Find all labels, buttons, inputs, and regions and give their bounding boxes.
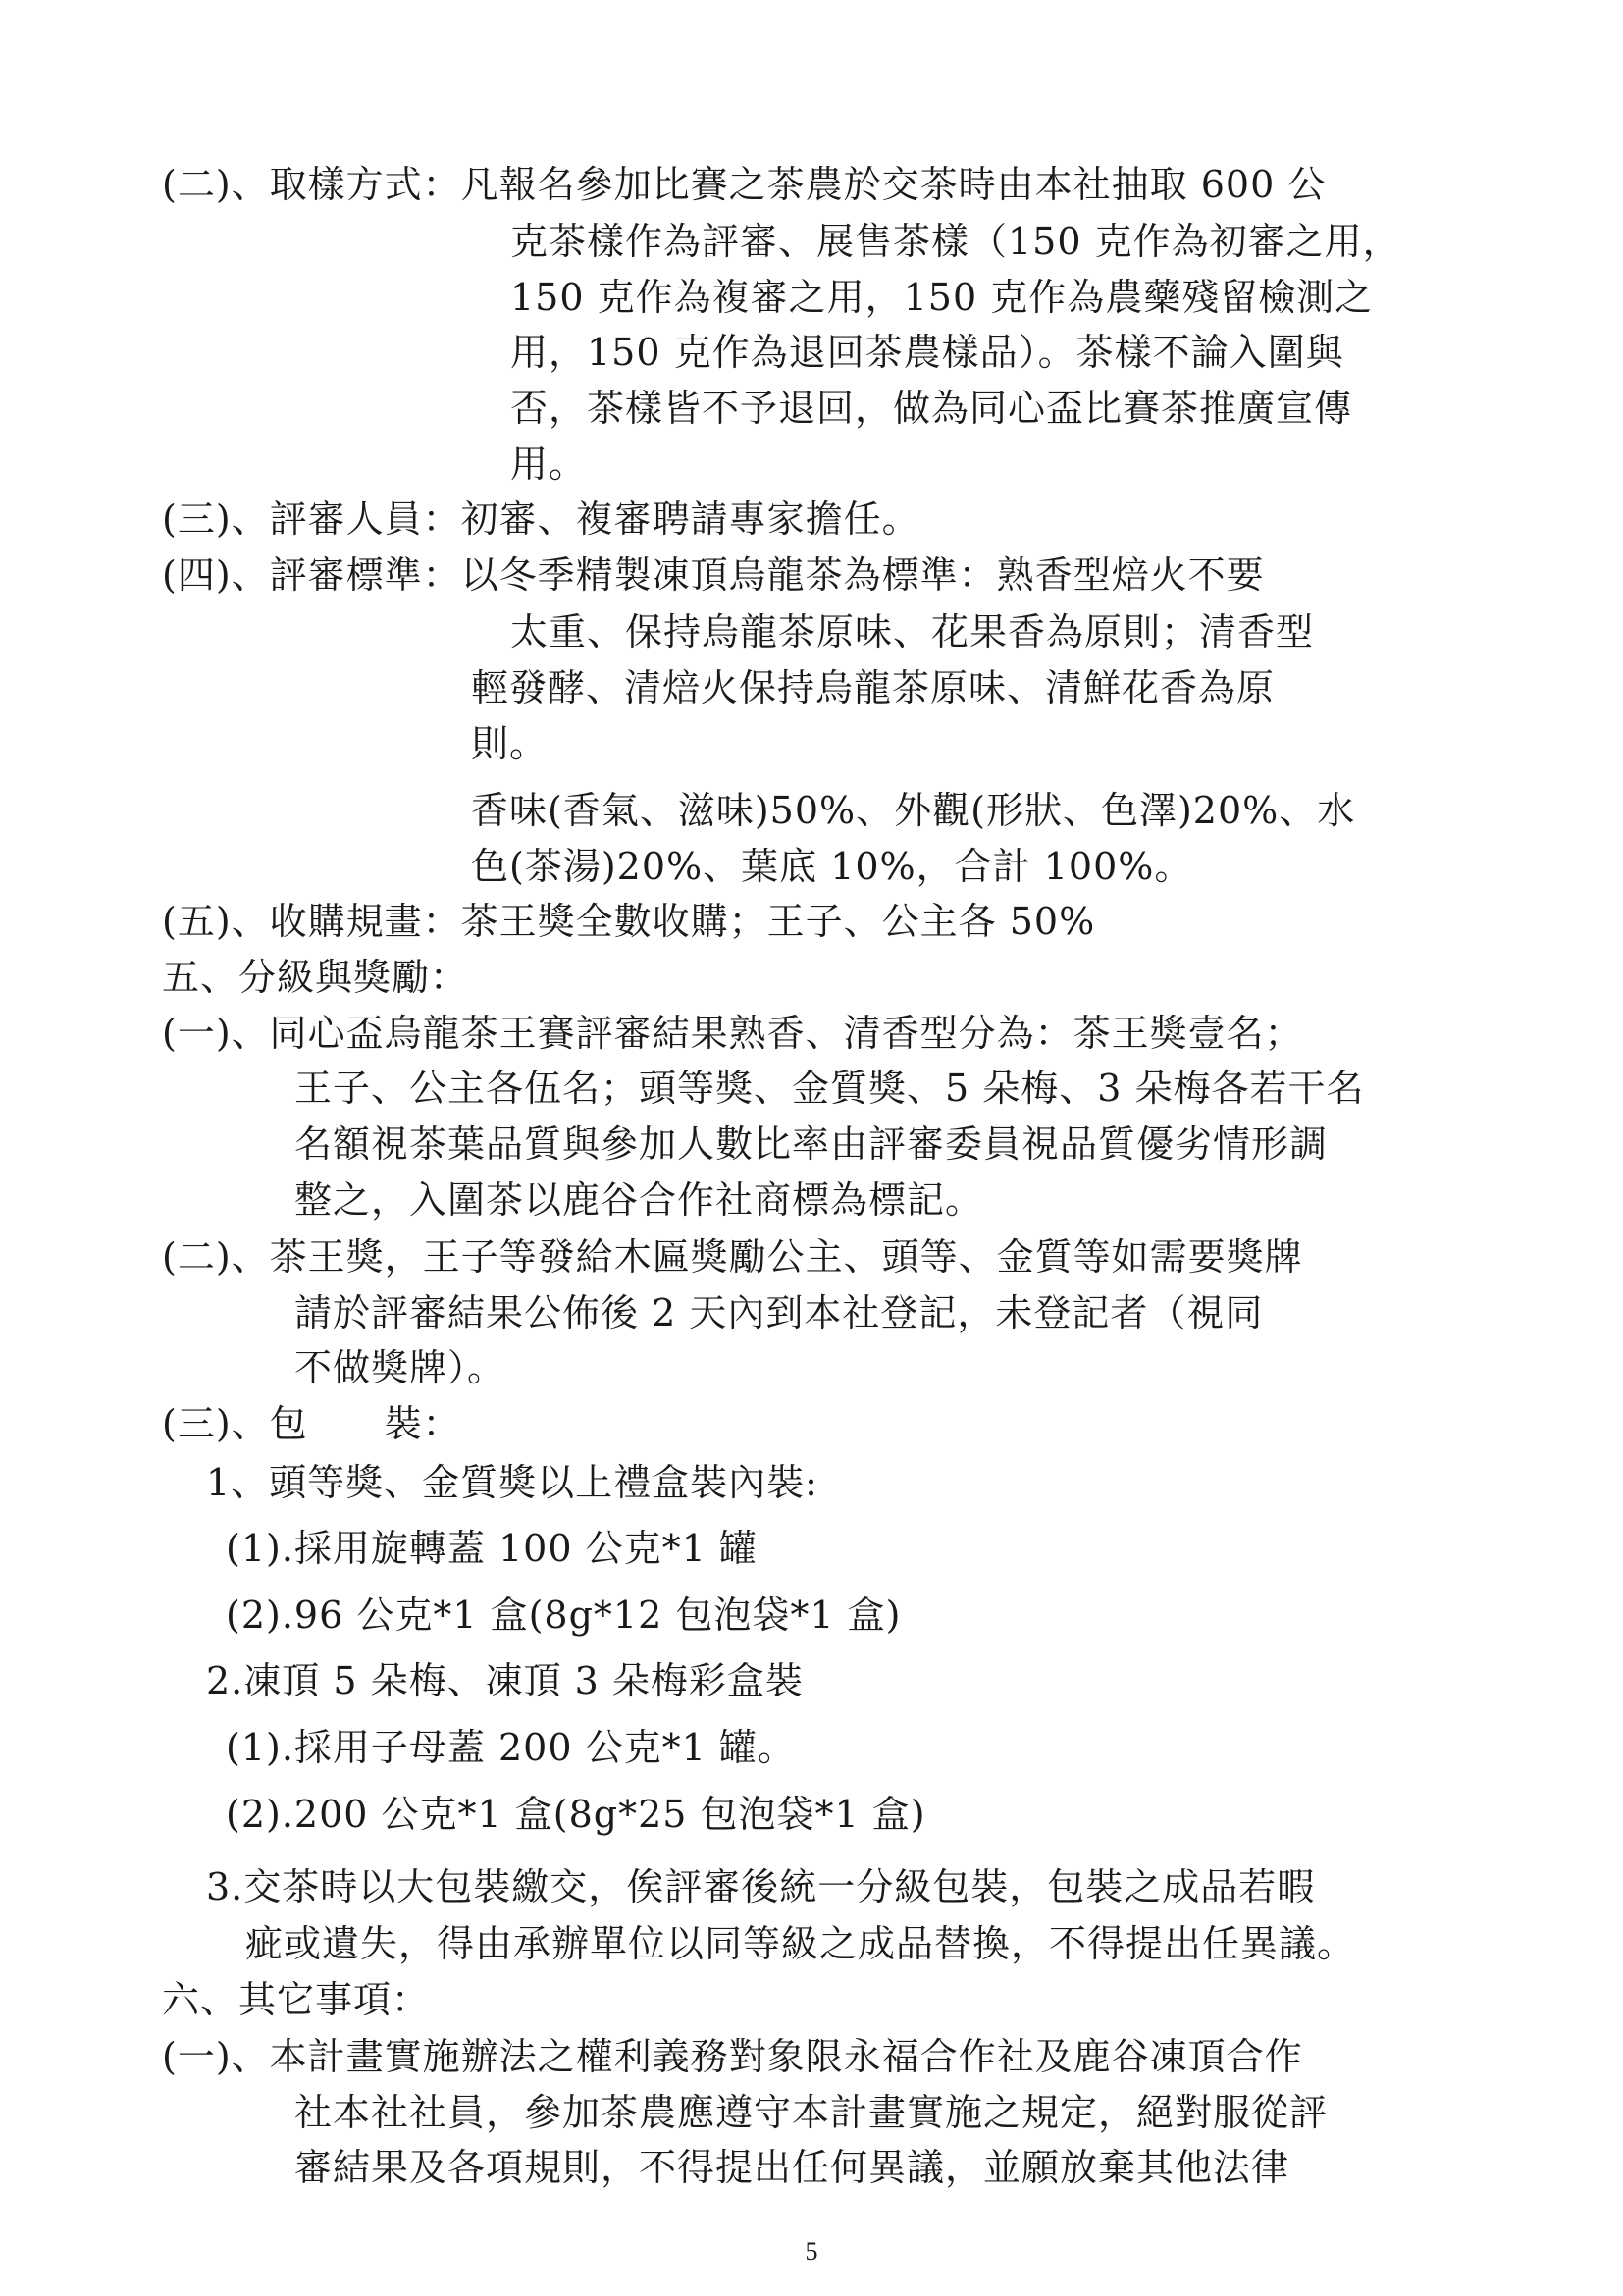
- text-line: 否，茶樣皆不予退回，做為同心盃比賽茶推廣宣傳: [510, 385, 1352, 432]
- text-line: (二)、取樣方式：凡報名參加比賽之茶農於交茶時由本社抽取 600 公: [162, 161, 1326, 208]
- text-line: (一)、本計畫實施辦法之權利義務對象限永福合作社及鹿谷凍頂合作: [162, 2033, 1303, 2080]
- text-line: (1).採用旋轉蓋 100 公克*1 罐: [226, 1525, 758, 1572]
- text-line: 2.凍頂 5 朵梅、凍頂 3 朵梅彩盒裝: [206, 1657, 804, 1704]
- text-line: (二)、茶王獎，王子等發給木匾獎勵公主、頭等、金質等如需要獎牌: [162, 1233, 1303, 1280]
- text-line: 疵或遺失，得由承辦單位以同等級之成品替換，不得提出任異議。: [245, 1920, 1355, 1967]
- text-line: 則。: [471, 720, 548, 767]
- text-line: 太重、保持烏龍茶原味、花果香為原則；清香型: [510, 608, 1314, 655]
- text-line: (三)、評審人員：初審、複審聘請專家擔任。: [162, 496, 920, 543]
- text-line: 150 克作為複審之用，150 克作為農藥殘留檢測之: [510, 274, 1373, 321]
- text-line: (四)、評審標準：以冬季精製凍頂烏龍茶為標準：熟香型焙火不要: [162, 551, 1265, 599]
- text-line: 輕發酵、清焙火保持烏龍茶原味、清鮮花香為原: [471, 664, 1275, 711]
- text-line: (1).採用子母蓋 200 公克*1 罐。: [226, 1724, 796, 1771]
- text-line: 不做獎牌）。: [294, 1344, 505, 1391]
- document-page: (二)、取樣方式：凡報名參加比賽之茶農於交茶時由本社抽取 600 公克茶樣作為評…: [0, 0, 1623, 2296]
- text-line: 王子、公主各伍名；頭等獎、金質獎、5 朵梅、3 朵梅各若干名: [294, 1065, 1365, 1112]
- page-number: 5: [0, 2237, 1623, 2267]
- text-line: 用，150 克作為退回茶農樣品）。茶樣不論入圍與: [510, 329, 1344, 376]
- text-line: 五、分級與獎勵：: [162, 954, 468, 1001]
- text-line: (三)、包 裝：: [162, 1400, 461, 1447]
- text-line: 1、頭等獎、金質獎以上禮盒裝內裝:: [206, 1459, 818, 1506]
- text-line: 色(茶湯)20%、葉底 10%，合計 100%。: [471, 843, 1192, 890]
- text-line: 審結果及各項規則，不得提出任何異議，並願放棄其他法律: [294, 2144, 1289, 2191]
- text-line: 名額視茶葉品質與參加人數比率由評審委員視品質優劣情形調: [294, 1121, 1328, 1168]
- text-line: 六、其它事項：: [162, 1976, 430, 2023]
- text-line: (一)、同心盃烏龍茶王賽評審結果熟香、清香型分為：茶王獎壹名；: [162, 1010, 1303, 1057]
- text-line: (2).96 公克*1 盒(8g*12 包泡袋*1 盒): [226, 1592, 901, 1639]
- text-line: (五)、收購規畫：茶王獎全數收購；王子、公主各 50%: [162, 898, 1095, 945]
- text-line: 社本社社員，參加茶農應遵守本計畫實施之規定，絕對服從評: [294, 2089, 1328, 2136]
- text-line: 香味(香氣、滋味)50%、外觀(形狀、色澤)20%、水: [471, 787, 1355, 834]
- text-line: 用。: [510, 441, 587, 488]
- text-line: 克茶樣作為評審、展售茶樣（150 克作為初審之用，: [510, 218, 1401, 265]
- text-line: 整之，入圍茶以鹿谷合作社商標為標記。: [294, 1176, 983, 1224]
- text-line: 3.交茶時以大包裝繳交，俟評審後統一分級包裝，包裝之成品若暇: [206, 1863, 1315, 1910]
- text-line: 請於評審結果公佈後 2 天內到本社登記，未登記者（視同: [294, 1289, 1263, 1336]
- text-line: (2).200 公克*1 盒(8g*25 包泡袋*1 盒): [226, 1791, 926, 1838]
